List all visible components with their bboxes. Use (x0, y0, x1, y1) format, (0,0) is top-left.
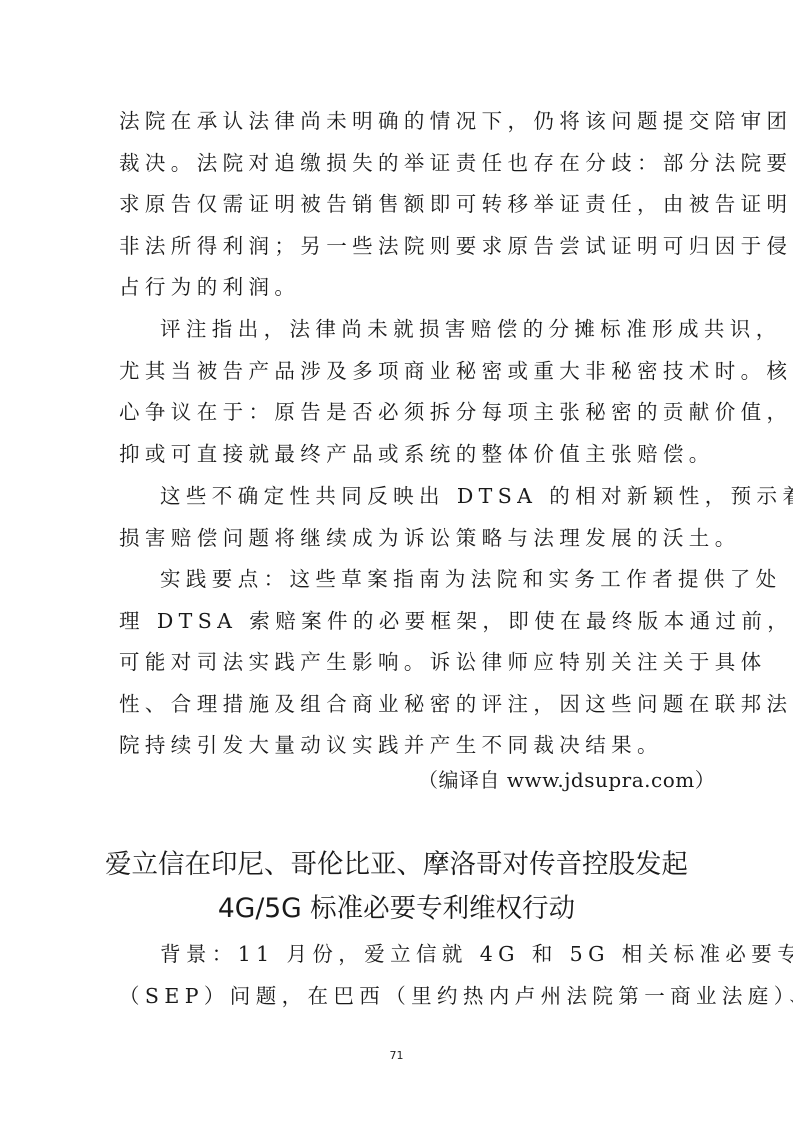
text-line: 性、合理措施及组合商业秘密的评注，因这些问题在联邦法 (119, 684, 675, 726)
text-line: 法院在承认法律尚未明确的情况下，仍将该问题提交陪审团 (119, 101, 675, 143)
text-line: 实践要点：这些草案指南为法院和实务工作者提供了处 (119, 559, 675, 601)
source-credit: （编译自 www.jdsupra.com） (418, 764, 715, 793)
paragraph-commentary: 评注指出，法律尚未就损害赔偿的分摊标准形成共识， 尤其当被告产品涉及多项商业秘密… (119, 309, 675, 475)
text-line: 尤其当被告产品涉及多项商业秘密或重大非秘密技术时。核 (119, 351, 675, 393)
document-page: 法院在承认法律尚未明确的情况下，仍将该问题提交陪审团 裁决。法院对追缴损失的举证… (0, 0, 793, 1122)
text-line: 损害赔偿问题将继续成为诉讼策略与法理发展的沃土。 (119, 518, 675, 560)
text-line: 评注指出，法律尚未就损害赔偿的分摊标准形成共识， (119, 309, 675, 351)
text-line: 背景：11 月份，爱立信就 4G 和 5G 相关标准必要专利 (119, 934, 675, 976)
text-line: （SEP）问题，在巴西（里约热内卢州法院第一商业法庭）、 (119, 976, 675, 1018)
article-title-line: 爱立信在印尼、哥伦比亚、摩洛哥对传音控股发起 (0, 843, 793, 887)
text-line: 非法所得利润；另一些法院则要求原告尝试证明可归因于侵 (119, 226, 675, 268)
text-line: 这些不确定性共同反映出 DTSA 的相对新颖性，预示着 (119, 476, 675, 518)
text-line: 可能对司法实践产生影响。诉讼律师应特别关注关于具体 (119, 642, 675, 684)
paragraph-practice-points: 实践要点：这些草案指南为法院和实务工作者提供了处 理 DTSA 索赔案件的必要框… (119, 559, 675, 767)
text-line: 抑或可直接就最终产品或系统的整体价值主张赔偿。 (119, 434, 675, 476)
paragraph-uncertainty: 这些不确定性共同反映出 DTSA 的相对新颖性，预示着 损害赔偿问题将继续成为诉… (119, 476, 675, 559)
page-number: 71 (0, 1049, 793, 1062)
article-title-line: 4G/5G 标准必要专利维权行动 (0, 887, 793, 931)
text-line: 理 DTSA 索赔案件的必要框架，即使在最终版本通过前，也 (119, 601, 675, 643)
text-line: 院持续引发大量动议实践并产生不同裁决结果。 (119, 725, 675, 767)
text-line: 心争议在于：原告是否必须拆分每项主张秘密的贡献价值， (119, 392, 675, 434)
paragraph-damages-burden: 法院在承认法律尚未明确的情况下，仍将该问题提交陪审团 裁决。法院对追缴损失的举证… (119, 101, 675, 309)
text-line: 求原告仅需证明被告销售额即可转移举证责任，由被告证明 (119, 184, 675, 226)
text-line: 占行为的利润。 (119, 267, 675, 309)
article-title: 爱立信在印尼、哥伦比亚、摩洛哥对传音控股发起 4G/5G 标准必要专利维权行动 (0, 843, 793, 931)
paragraph-background: 背景：11 月份，爱立信就 4G 和 5G 相关标准必要专利 （SEP）问题，在… (119, 934, 675, 1017)
text-line: 裁决。法院对追缴损失的举证责任也存在分歧：部分法院要 (119, 143, 675, 185)
